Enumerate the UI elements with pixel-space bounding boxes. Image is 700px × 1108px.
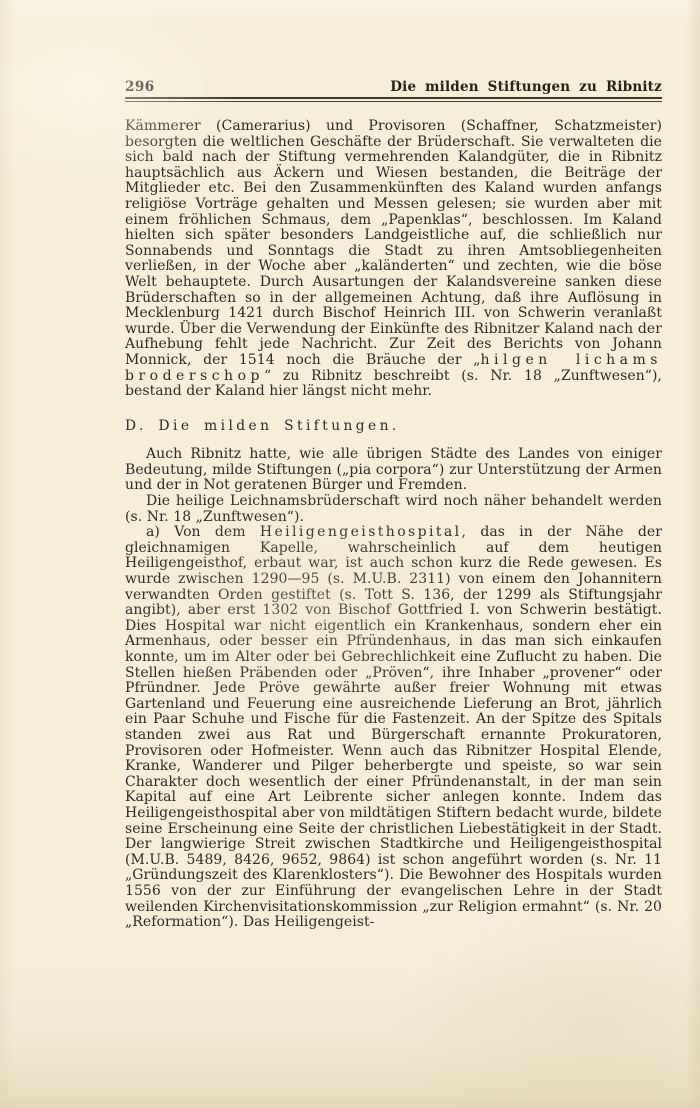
section-heading-milde-stiftungen: D. Die milden Stiftungen.	[125, 419, 662, 435]
paragraph-heiligengeisthospital: a) Von dem Heiligengeisthospital, das in…	[125, 525, 662, 930]
text-segment: , das in der Nähe der gleichnamigen Kape…	[125, 524, 662, 930]
running-head: 296 Die milden Stiftungen zu Ribnitz	[125, 80, 662, 95]
book-page-scan: 296 Die milden Stiftungen zu Ribnitz Käm…	[0, 0, 700, 1108]
page-number: 296	[125, 80, 155, 95]
header-double-rule	[125, 97, 662, 102]
running-title: Die milden Stiftungen zu Ribnitz	[390, 80, 662, 95]
text-segment: a) Von dem	[146, 524, 260, 540]
paragraph-leichnamsbruederschaft: Die heilige Leichnamsbrüderschaft wird n…	[125, 494, 662, 525]
text-segment: Kämmerer (Camerarius) und Provisoren (Sc…	[125, 118, 662, 368]
spaced-term-heiligengeisthospital: Heiligengeisthospital	[260, 524, 462, 540]
body-text: Kämmerer (Camerarius) und Provisoren (Sc…	[125, 119, 662, 931]
paragraph-kaland: Kämmerer (Camerarius) und Provisoren (Sc…	[125, 119, 662, 400]
text-block: 296 Die milden Stiftungen zu Ribnitz Käm…	[125, 80, 662, 931]
paragraph-intro: Auch Ribnitz hatte, wie alle übrigen Stä…	[125, 447, 662, 494]
